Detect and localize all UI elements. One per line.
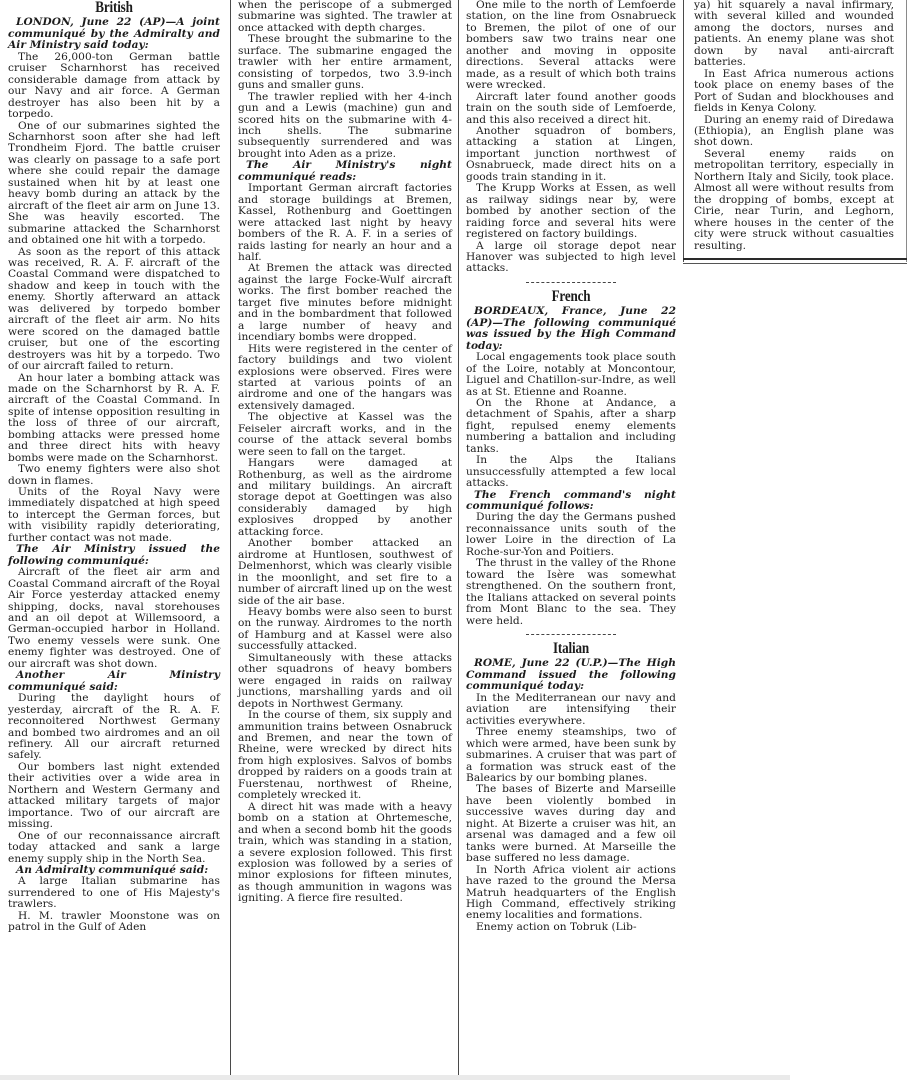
column-rule [683, 0, 684, 262]
paragraph: At Bremen the attack was directed agains… [238, 263, 452, 343]
section-heading-italian: Italian [485, 643, 657, 654]
paragraph: On the Rhone at Andance, a detachment of… [466, 398, 676, 455]
column-rule [458, 0, 459, 1080]
column-4-continuation: ya) hit squarely a naval infirmary, with… [688, 0, 902, 262]
paragraph: when the periscope of a submerged submar… [238, 0, 452, 34]
paragraph: During an enemy raid of Diredawa (Ethiop… [694, 115, 894, 149]
paragraph: In East Africa numerous actions took pla… [694, 69, 894, 115]
column-rule [230, 0, 231, 1080]
paragraph: Important German aircraft factories and … [238, 183, 452, 263]
dateline-london: LONDON, June 22 (AP)—A joint communiqué … [8, 17, 220, 51]
dateline-rome: ROME, June 22 (U.P.)—The High Command is… [466, 658, 676, 692]
paragraph: Heavy bombs were also seen to burst on t… [238, 607, 452, 653]
paragraph: The trawler replied with her 4-inch gun … [238, 92, 452, 161]
paragraph: During the daylight hours of yesterday, … [8, 693, 220, 762]
paragraph: A large Italian submarine has surrendere… [8, 876, 220, 910]
paragraph: The bases of Bizerte and Marseille have … [466, 784, 676, 864]
paragraph: Enemy action on Tobruk (Lib- [466, 922, 676, 933]
column-3: One mile to the north of Lemfoerde stati… [466, 0, 676, 1080]
section-divider [466, 627, 676, 641]
communique-lead: The Air Ministry's night communiqué read… [238, 160, 452, 183]
paragraph: The objective at Kassel was the Feiseler… [238, 412, 452, 458]
paragraph: Simultaneously with these attacks other … [238, 653, 452, 710]
paragraph: Aircraft later found another goods train… [466, 92, 676, 126]
paragraph: In the Mediterranean our navy and aviati… [466, 693, 676, 727]
column-1: British LONDON, June 22 (AP)—A joint com… [8, 0, 220, 1080]
paragraph: H. M. trawler Moonstone was on patrol in… [8, 911, 220, 934]
section-heading-british: British [27, 2, 201, 13]
paragraph: As soon as the report of this attack was… [8, 247, 220, 373]
paragraph: Another squadron of bombers, attacking a… [466, 126, 676, 183]
paragraph: Three enemy steamships, two of which wer… [466, 727, 676, 784]
paragraph: One of our reconnaissance aircraft today… [8, 831, 220, 865]
paragraph: In the Alps the Italians unsuccessfully … [466, 455, 676, 489]
paragraph: Several enemy raids on metropolitan terr… [694, 149, 894, 252]
paragraph: The thrust in the valley of the Rhone to… [466, 558, 676, 627]
communique-lead: The Air Ministry issued the following co… [8, 544, 220, 567]
paragraph: ya) hit squarely a naval infirmary, with… [694, 0, 894, 69]
paragraph: An hour later a bombing attack was made … [8, 373, 220, 465]
paragraph: In North Africa violent air actions have… [466, 865, 676, 922]
paragraph: Our bombers last night extended their ac… [8, 762, 220, 831]
section-divider [466, 275, 676, 289]
paragraph: One of our submarines sighted the Scharn… [8, 121, 220, 247]
communique-lead: Another Air Ministry communiqué said: [8, 670, 220, 693]
newspaper-page: British LONDON, June 22 (AP)—A joint com… [0, 0, 910, 1080]
communique-lead: The French command's night communiqué fo… [466, 490, 676, 513]
paragraph: A large oil storage depot near Hanover w… [466, 241, 676, 275]
paragraph: Another bomber attacked an airdrome at H… [238, 538, 452, 607]
dateline-bordeaux: BORDEAUX, France, June 22 (AP)—The follo… [466, 306, 676, 352]
paragraph: Units of the Royal Navy were immediately… [8, 487, 220, 544]
section-heading-french: French [485, 291, 657, 302]
paragraph: Hangars were damaged at Rothenburg, as w… [238, 458, 452, 538]
paragraph: In the course of them, six supply and am… [238, 710, 452, 802]
paragraph: The Krupp Works at Essen, as well as rai… [466, 183, 676, 240]
paragraph: During the day the Germans pushed reconn… [466, 512, 676, 558]
paragraph: Two enemy fighters were also shot down i… [8, 464, 220, 487]
paragraph: Local engagements took place south of th… [466, 352, 676, 398]
paragraph: One mile to the north of Lemfoerde stati… [466, 0, 676, 92]
paragraph: Hits were registered in the center of fa… [238, 344, 452, 413]
paragraph: The 26,000-ton German battle cruiser Sch… [8, 52, 220, 121]
column-2: when the periscope of a submerged submar… [238, 0, 452, 1080]
column-rule [906, 0, 907, 262]
paragraph: Aircraft of the fleet air arm and Coasta… [8, 567, 220, 670]
paragraph: These brought the submarine to the surfa… [238, 34, 452, 91]
paragraph: A direct hit was made with a heavy bomb … [238, 802, 452, 905]
